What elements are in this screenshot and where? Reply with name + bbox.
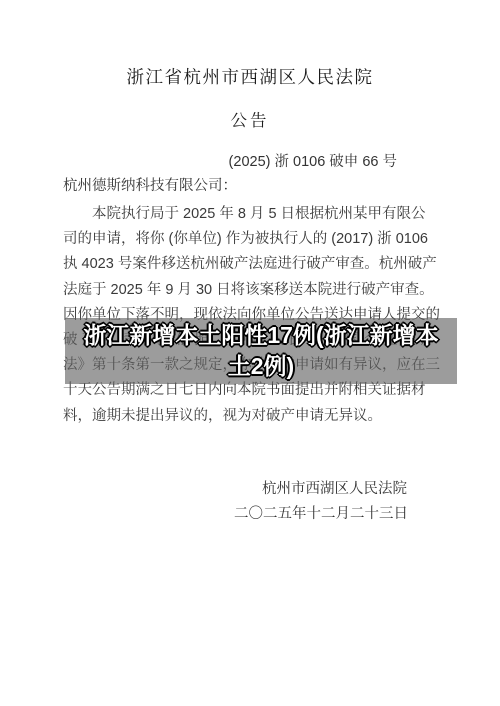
announcement-body: 本院执行局于 2025 年 8 月 5 日根据杭州某甲有限公 司的申请，将你 (… (63, 202, 435, 429)
court-title: 浙江省杭州市西湖区人民法院 (0, 64, 500, 89)
headline-text-line: 土2例) (228, 351, 294, 382)
signature-date: 二〇二五年十二月二十三日 (0, 502, 500, 523)
court-announcement-page: 浙江省杭州市西湖区人民法院 公告 (2025) 浙 0106 破申 66 号 杭… (0, 0, 500, 706)
signature-court-name: 杭州市西湖区人民法院 (0, 477, 500, 498)
headline-text-line: 浙江新增本土阳性17例(浙江新增本 (83, 320, 438, 351)
body-line: 司的申请，将你 (你单位) 作为被执行人的 (2017) 浙 0106 (63, 227, 435, 252)
news-headline-overlay: 浙江新增本土阳性17例(浙江新增本 土2例) (65, 318, 457, 384)
body-line: 料，逾期未提出异议的，视为对破产申请无异议。 (63, 404, 435, 429)
document-type-heading: 公告 (0, 107, 500, 131)
addressee-line: 杭州德斯纳科技有限公司： (63, 174, 237, 195)
body-line: 法庭于 2025 年 9 月 30 日将该案移送本院进行破产审查。 (63, 278, 435, 303)
case-number: (2025) 浙 0106 破申 66 号 (0, 150, 500, 171)
body-line: 本院执行局于 2025 年 8 月 5 日根据杭州某甲有限公 (63, 202, 435, 227)
body-line: 执 4023 号案件移送杭州破产法庭进行破产审查。杭州破产 (63, 252, 435, 277)
